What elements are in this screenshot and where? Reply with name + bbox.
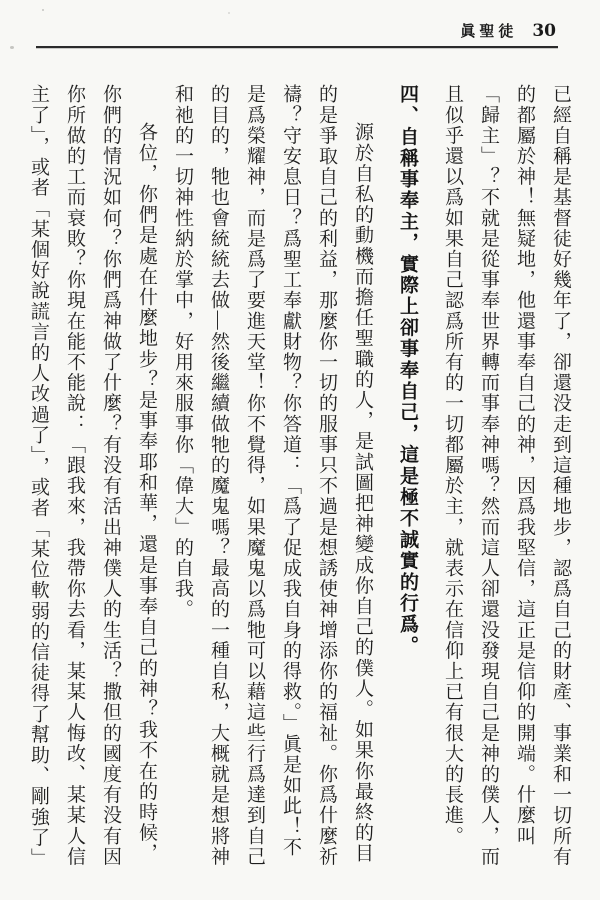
section-heading: 四、自稱事奉主，實際上卻事奉自己，這是極不誠實的行爲。 bbox=[389, 84, 425, 876]
page-body: 已經自稱是基督徒好幾年了，卻還没走到這種地步，認爲自己的財產、事業和一切所有的都… bbox=[22, 84, 578, 876]
paragraph-continued: 已經自稱是基督徒好幾年了，卻還没走到這種地步，認爲自己的財產、事業和一切所有的都… bbox=[434, 84, 578, 876]
scan-speck bbox=[10, 46, 14, 49]
paragraph: 各位，你們是處在什麼地步？是事奉耶和華，還是事奉自己的神？我不在的時候，你們的情… bbox=[20, 84, 164, 876]
running-head-title: 眞聖徒 bbox=[460, 20, 517, 41]
scan-speck bbox=[42, 9, 44, 11]
scan-speck bbox=[228, 12, 230, 14]
paragraph: 源於自私的動機而擔任聖職的人，是試圖把神變成你自己的僕人。如果你最終的目的是爭取… bbox=[164, 84, 380, 876]
book-page: 眞聖徒 30 已經自稱是基督徒好幾年了，卻還没走到這種地步，認爲自己的財產、事業… bbox=[0, 0, 600, 900]
header-rule bbox=[36, 46, 558, 48]
running-head: 眞聖徒 30 bbox=[460, 20, 556, 41]
page-number: 30 bbox=[532, 21, 556, 41]
